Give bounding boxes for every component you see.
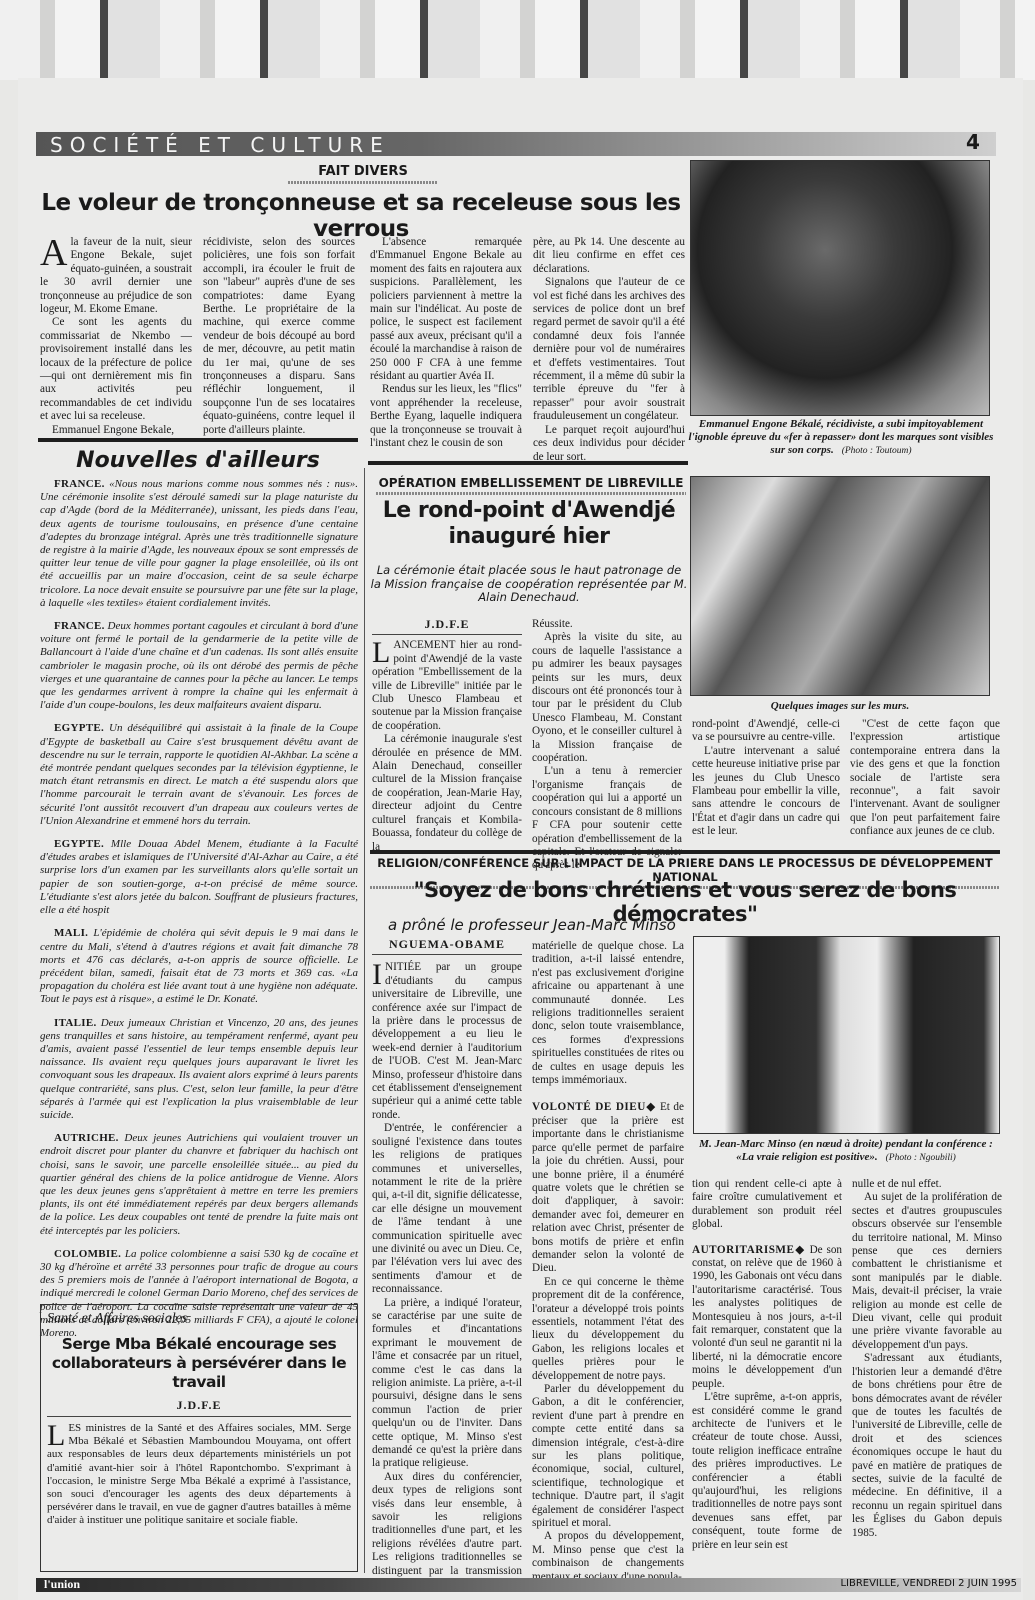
sante-byline: J.D.F.E <box>47 1398 351 1417</box>
article1-kicker-block: Fait divers <box>288 164 438 184</box>
photo-conference-caption: M. Jean-Marc Minso (en nœud à droite) pe… <box>690 1138 1002 1165</box>
newspaper-page: SOCIÉTÉ ET CULTURE 4 Fait divers Le vole… <box>18 78 1023 1600</box>
sante-headline: Serge Mba Békalé encourage ses collabora… <box>47 1335 351 1392</box>
sante-rubric: Santé et Affaires sociales <box>47 1311 351 1327</box>
section-title: SOCIÉTÉ ET CULTURE <box>50 133 390 157</box>
photo-murals <box>690 476 990 696</box>
nouvelles-title: Nouvelles d'ailleurs <box>38 448 358 473</box>
article1-col2: récidiviste, selon des sources policière… <box>203 236 355 437</box>
awendje-kicker-block: Opération embellissement de Libreville <box>376 476 686 495</box>
religion-col4: nulle et de nul effet. Au sujet de la pr… <box>852 1178 1002 1540</box>
kicker-underline <box>288 181 438 184</box>
photo-murals-caption: Quelques images sur les murs. <box>690 700 990 713</box>
scan-top-edge <box>0 0 1035 80</box>
news-brief: ITALIE. Deux jumeaux Christian et Vincen… <box>40 1017 358 1123</box>
religion-col2: matérielle de quelque chose. La traditio… <box>532 940 684 1584</box>
news-brief: AUTRICHE. Deux jeunes Autrichiens qui vo… <box>40 1132 358 1238</box>
article1-col3: L'absence remarquée d'Emmanuel Engone Be… <box>370 236 522 451</box>
article1-kicker: Fait divers <box>288 164 438 179</box>
photo-credit: (Photo : Toutoum) <box>842 446 912 456</box>
nouvelles-list: FRANCE. «Nous nous marions comme nous so… <box>40 478 358 1350</box>
awendje-byline: J.D.F.E <box>372 618 522 635</box>
photo-conference <box>693 936 1000 1134</box>
subhead-volonte: VOLONTÉ DE DIEU◆ <box>532 1101 656 1113</box>
religion-col3: tion qui rendent celle-ci apte à faire c… <box>692 1178 842 1552</box>
divider <box>38 438 358 442</box>
photo-suspect-caption: Emmanuel Engone Békalé, récidiviste, a s… <box>686 418 996 458</box>
page-number: 4 <box>966 130 980 154</box>
sante-box: Santé et Affaires sociales Serge Mba Bék… <box>40 1304 358 1572</box>
photo-suspect <box>690 160 990 416</box>
page-footer: l'union Libreville, vendredi 2 juin 1995 <box>36 1578 1021 1592</box>
photo-credit: (Photo : Ngoubili) <box>886 1153 956 1163</box>
sante-body: LES ministres de la Santé et des Affaire… <box>47 1422 351 1528</box>
awendje-col4: "C'est de cette façon que l'expression a… <box>850 718 1000 839</box>
awendje-col2: Réussite. Après la visite du site, au co… <box>532 618 682 873</box>
article1-col1: A la faveur de la nuit, sieur Engone Bek… <box>40 236 192 437</box>
news-brief: EGYPTE. Un déséquilibré qui assistait à … <box>40 722 358 828</box>
awendje-kicker: Opération embellissement de Libreville <box>376 476 686 490</box>
news-brief: EGYPTE. Mlle Douaa Abdel Menem, étudiant… <box>40 838 358 917</box>
article1-col4: père, au Pk 14. Une descente au dit lieu… <box>533 236 685 464</box>
news-brief: FRANCE. Deux hommes portant cagoules et … <box>40 620 358 712</box>
column-rule <box>364 468 365 1573</box>
dropcap: A <box>40 238 67 268</box>
article1-headline: Le voleur de tronçonneuse et sa receleus… <box>36 190 686 242</box>
religion-col1: NGUEMA-OBAME I NITIÉE par un groupe d'ét… <box>372 938 522 1592</box>
awendje-col1: J.D.F.E L ANCEMENT hier au rond-point d'… <box>372 618 522 854</box>
awendje-deck: La cérémonie était placée sous le haut p… <box>370 564 688 605</box>
newspaper-brand: l'union <box>44 1577 80 1592</box>
awendje-col3: rond-point d'Awendjé, celle-ci va se pou… <box>692 718 840 839</box>
subhead-autoritarisme: AUTORITARISME◆ <box>692 1244 806 1256</box>
divider <box>370 850 1000 854</box>
news-brief: FRANCE. «Nous nous marions comme nous so… <box>40 478 358 610</box>
religion-byline: NGUEMA-OBAME <box>372 938 522 955</box>
divider <box>368 461 688 465</box>
awendje-headline: Le rond-point d'Awendjé inauguré hier <box>370 498 688 550</box>
news-brief: MALI. L'épidémie de choléra qui sévit de… <box>40 927 358 1006</box>
section-banner: SOCIÉTÉ ET CULTURE <box>36 132 996 156</box>
religion-deck: a prôné le professeur Jean-Marc Minso <box>388 916 708 934</box>
kicker-underline <box>376 492 686 495</box>
dateline: Libreville, vendredi 2 juin 1995 <box>840 1578 1017 1589</box>
